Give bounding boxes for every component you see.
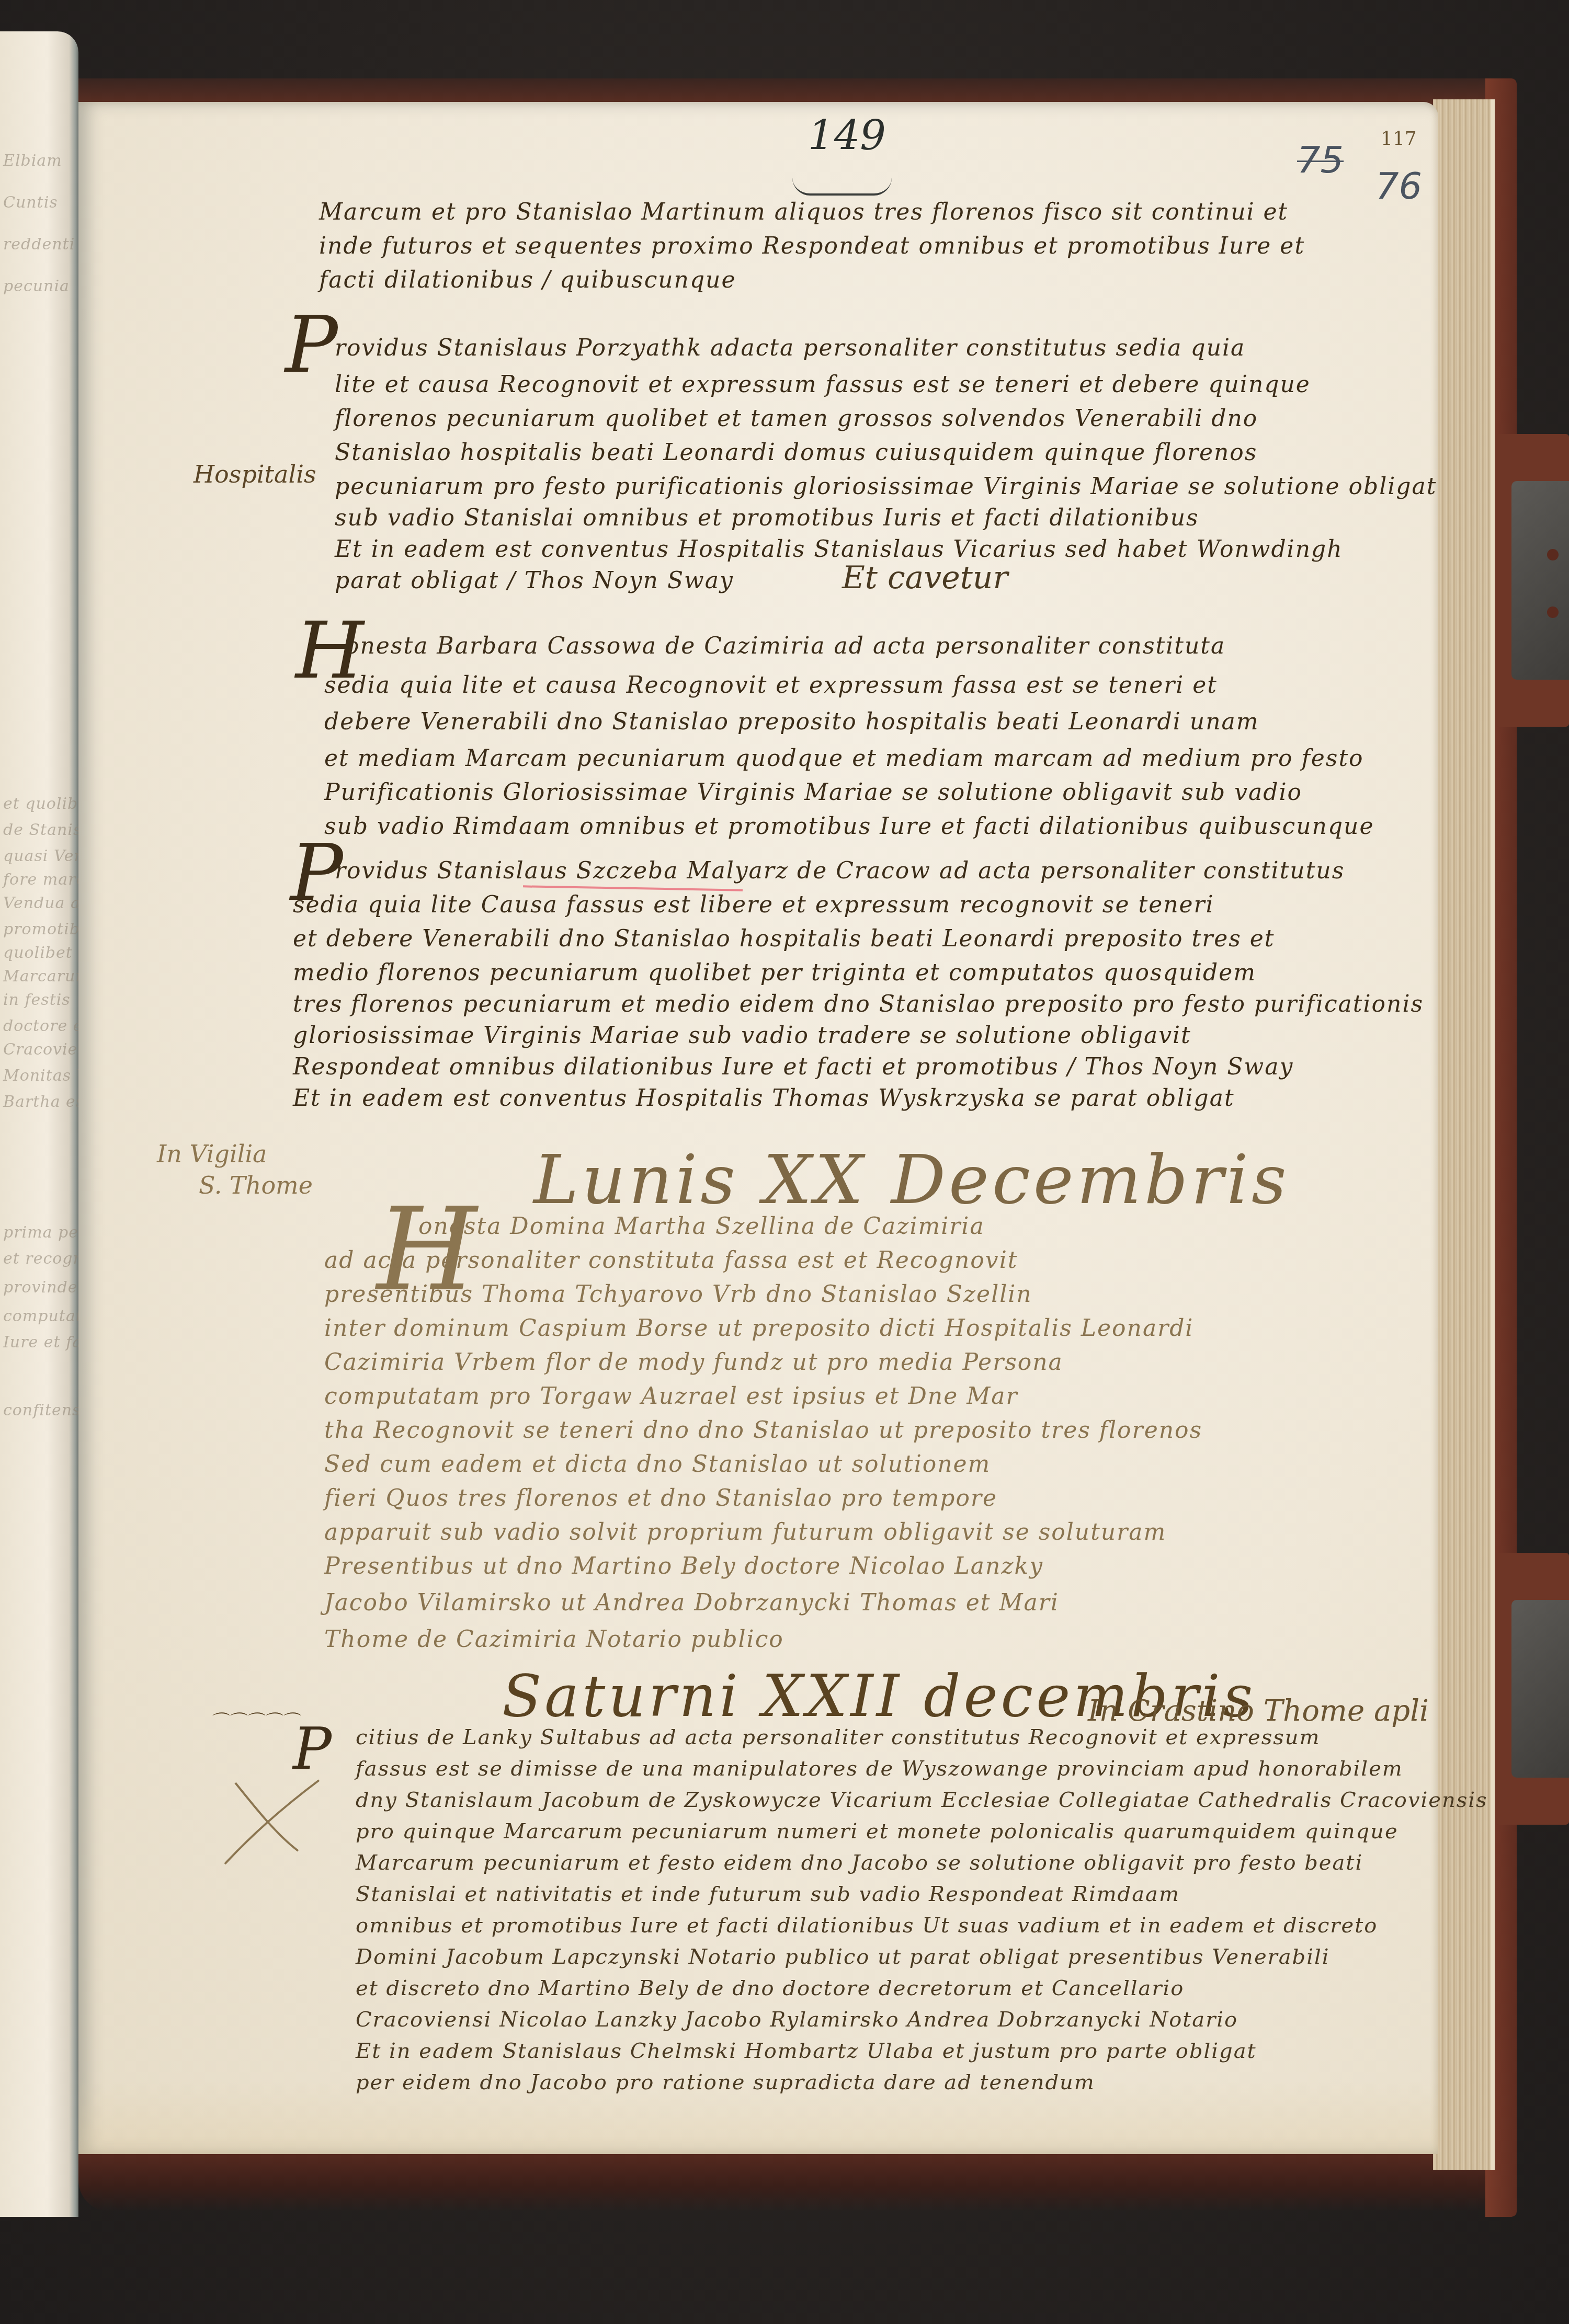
folio-number-ink: 149 — [808, 112, 886, 159]
folio-number-pencil-struck: 75 — [1297, 139, 1344, 181]
initial-letter: P — [285, 306, 338, 384]
text-line: ad acta personaliter constituta fassa es… — [324, 1247, 1018, 1274]
text-line: onesta Domina Martha Szellina de Cazimir… — [418, 1213, 985, 1240]
cancellation-cross-mark — [220, 1778, 324, 1867]
text-line: inde futuros et sequentes proximo Respon… — [319, 233, 1305, 259]
text-line: Et in eadem est conventus Hospitalis Tho… — [293, 1085, 1235, 1112]
text-line: fieri Quos tres florenos et dno Stanisla… — [324, 1485, 997, 1512]
margin-note: S. Thome — [199, 1171, 313, 1199]
text-line: et mediam Marcam pecuniarum quodque et m… — [324, 745, 1364, 772]
text-line: Cazimiria Vrbem flor de mody fundz ut pr… — [324, 1349, 1063, 1376]
left-page-fragment: Cuntis — [3, 193, 58, 203]
text-line: omnibus et promotibus Iure et facti dila… — [356, 1914, 1378, 1938]
text-line: Jacobo Vilamirsko ut Andrea Dobrzanycki … — [324, 1589, 1059, 1616]
text-line: pecuniarum pro festo purificationis glor… — [335, 473, 1437, 500]
folio-number-flourish — [792, 178, 892, 196]
clasp-metal-plate — [1511, 1600, 1569, 1778]
text-line: rovidus Stanislaus Szczeba Malyarz de Cr… — [335, 857, 1345, 884]
left-page-fragment: Elbiam — [3, 152, 62, 161]
clasp-metal-plate — [1511, 481, 1569, 680]
text-line: Stanislao hospitalis beati Leonardi domu… — [335, 439, 1257, 466]
section-heading-feast: In Crastino Thome apli — [1088, 1694, 1429, 1728]
left-facing-page: Elbiam Cuntis reddenti pecunia et quolib… — [0, 31, 78, 2217]
text-line: dny Stanislaum Jacobum de Zyskowycze Vic… — [356, 1788, 1488, 1812]
book-cover-top-edge — [78, 78, 1501, 105]
text-line: Et in eadem est conventus Hospitalis Sta… — [335, 536, 1343, 563]
left-page-fragment: doctore et — [3, 1017, 90, 1026]
text-line: Et in eadem Stanislaus Chelmski Hombartz… — [356, 2039, 1257, 2063]
text-line: Purificationis Gloriosissimae Virginis M… — [324, 779, 1302, 806]
text-line: Thome de Cazimiria Notario publico — [324, 1626, 784, 1653]
clasp-rivet — [1547, 606, 1559, 618]
left-page-fragment: pecunia — [3, 277, 70, 287]
text-line: pro quinque Marcarum pecuniarum numeri e… — [356, 1819, 1399, 1844]
left-page-fragment: in festis — [3, 991, 71, 1000]
text-line: Marcarum pecuniarum et festo eidem dno J… — [356, 1851, 1363, 1875]
entry-closing-mark: Et cavetur — [842, 559, 1008, 596]
clasp-rivet — [1547, 549, 1559, 560]
text-line: sedia quia lite Causa fassus est libere … — [293, 891, 1214, 918]
margin-initial: P — [293, 1720, 332, 1778]
text-line: per eidem dno Jacobo pro ratione supradi… — [356, 2070, 1095, 2094]
text-line: florenos pecuniarum quolibet et tamen gr… — [335, 405, 1258, 432]
section-heading-date: Lunis XX Decembris — [533, 1140, 1290, 1219]
left-page-fragment: Marcarum — [3, 967, 91, 977]
folio-number-small-ink: 117 — [1381, 128, 1417, 150]
book-clasp-upper — [1496, 434, 1569, 727]
text-line: gloriosissimae Virginis Mariae sub vadio… — [293, 1022, 1191, 1049]
text-line: Domini Jacobum Lapczynski Notario public… — [356, 1945, 1330, 1969]
left-page-fragment: de Stanis — [3, 821, 82, 830]
text-line: onesta Barbara Cassowa de Cazimiria ad a… — [345, 633, 1225, 659]
text-line: lite et causa Recognovit et expressum fa… — [335, 371, 1311, 398]
text-line: Marcum et pro Stanislao Martinum aliquos… — [319, 199, 1288, 225]
text-line: Presentibus ut dno Martino Bely doctore … — [324, 1553, 1043, 1579]
text-line: computatam pro Torgaw Auzrael est ipsius… — [324, 1383, 1018, 1410]
text-line: medio florenos pecuniarum quolibet per t… — [293, 959, 1256, 986]
margin-note: In Vigilia — [157, 1140, 267, 1168]
text-line: debere Venerabili dno Stanislao preposit… — [324, 708, 1259, 735]
text-line: et debere Venerabili dno Stanislao hospi… — [293, 925, 1275, 952]
page-block-edge — [1433, 99, 1495, 2170]
text-line: inter dominum Caspium Borse ut preposito… — [324, 1315, 1193, 1342]
text-line: apparuit sub vadio solvit proprium futur… — [324, 1519, 1166, 1545]
text-line: presentibus Thoma Tchyarovo Vrb dno Stan… — [324, 1281, 1032, 1308]
text-line: Stanislai et nativitatis et inde futurum… — [356, 1882, 1180, 1906]
text-line: tha Recognovit se teneri dno dno Stanisl… — [324, 1417, 1202, 1444]
left-page-fragment: reddenti — [3, 235, 75, 245]
text-line: sub vadio Stanislai omnibus et promotibu… — [335, 505, 1199, 531]
text-line: citius de Lanky Sultabus ad acta persona… — [356, 1725, 1320, 1749]
text-line: sedia quia lite et causa Recognovit et e… — [324, 672, 1218, 699]
text-line: rovidus Stanislaus Porzyathk adacta pers… — [335, 335, 1245, 361]
text-line: Respondeat omnibus dilationibus Iure et … — [293, 1054, 1293, 1080]
folio-number-pencil: 76 — [1375, 165, 1422, 208]
text-line: facti dilationibus / quibuscunque — [319, 267, 736, 293]
book-cover-bottom-edge — [78, 2149, 1517, 2212]
margin-stroke: ⌒⌒⌒⌒⌒ — [209, 1707, 298, 1733]
margin-note-hospitalis: Hospitalis — [194, 460, 316, 488]
text-line: et discreto dno Martino Bely de dno doct… — [356, 1976, 1184, 2000]
text-line: Sed cum eadem et dicta dno Stanislao ut … — [324, 1451, 991, 1478]
text-line: tres florenos pecuniarum et medio eidem … — [293, 991, 1424, 1017]
text-line: fassus est se dimisse de una manipulator… — [356, 1757, 1403, 1781]
text-line: Cracoviensi Nicolao Lanzky Jacobo Rylami… — [356, 2008, 1238, 2032]
book-clasp-lower — [1496, 1553, 1569, 1825]
text-line: parat obligat / Thos Noyn Sway — [335, 567, 734, 594]
text-line: sub vadio Rimdaam omnibus et promotibus … — [324, 813, 1374, 840]
